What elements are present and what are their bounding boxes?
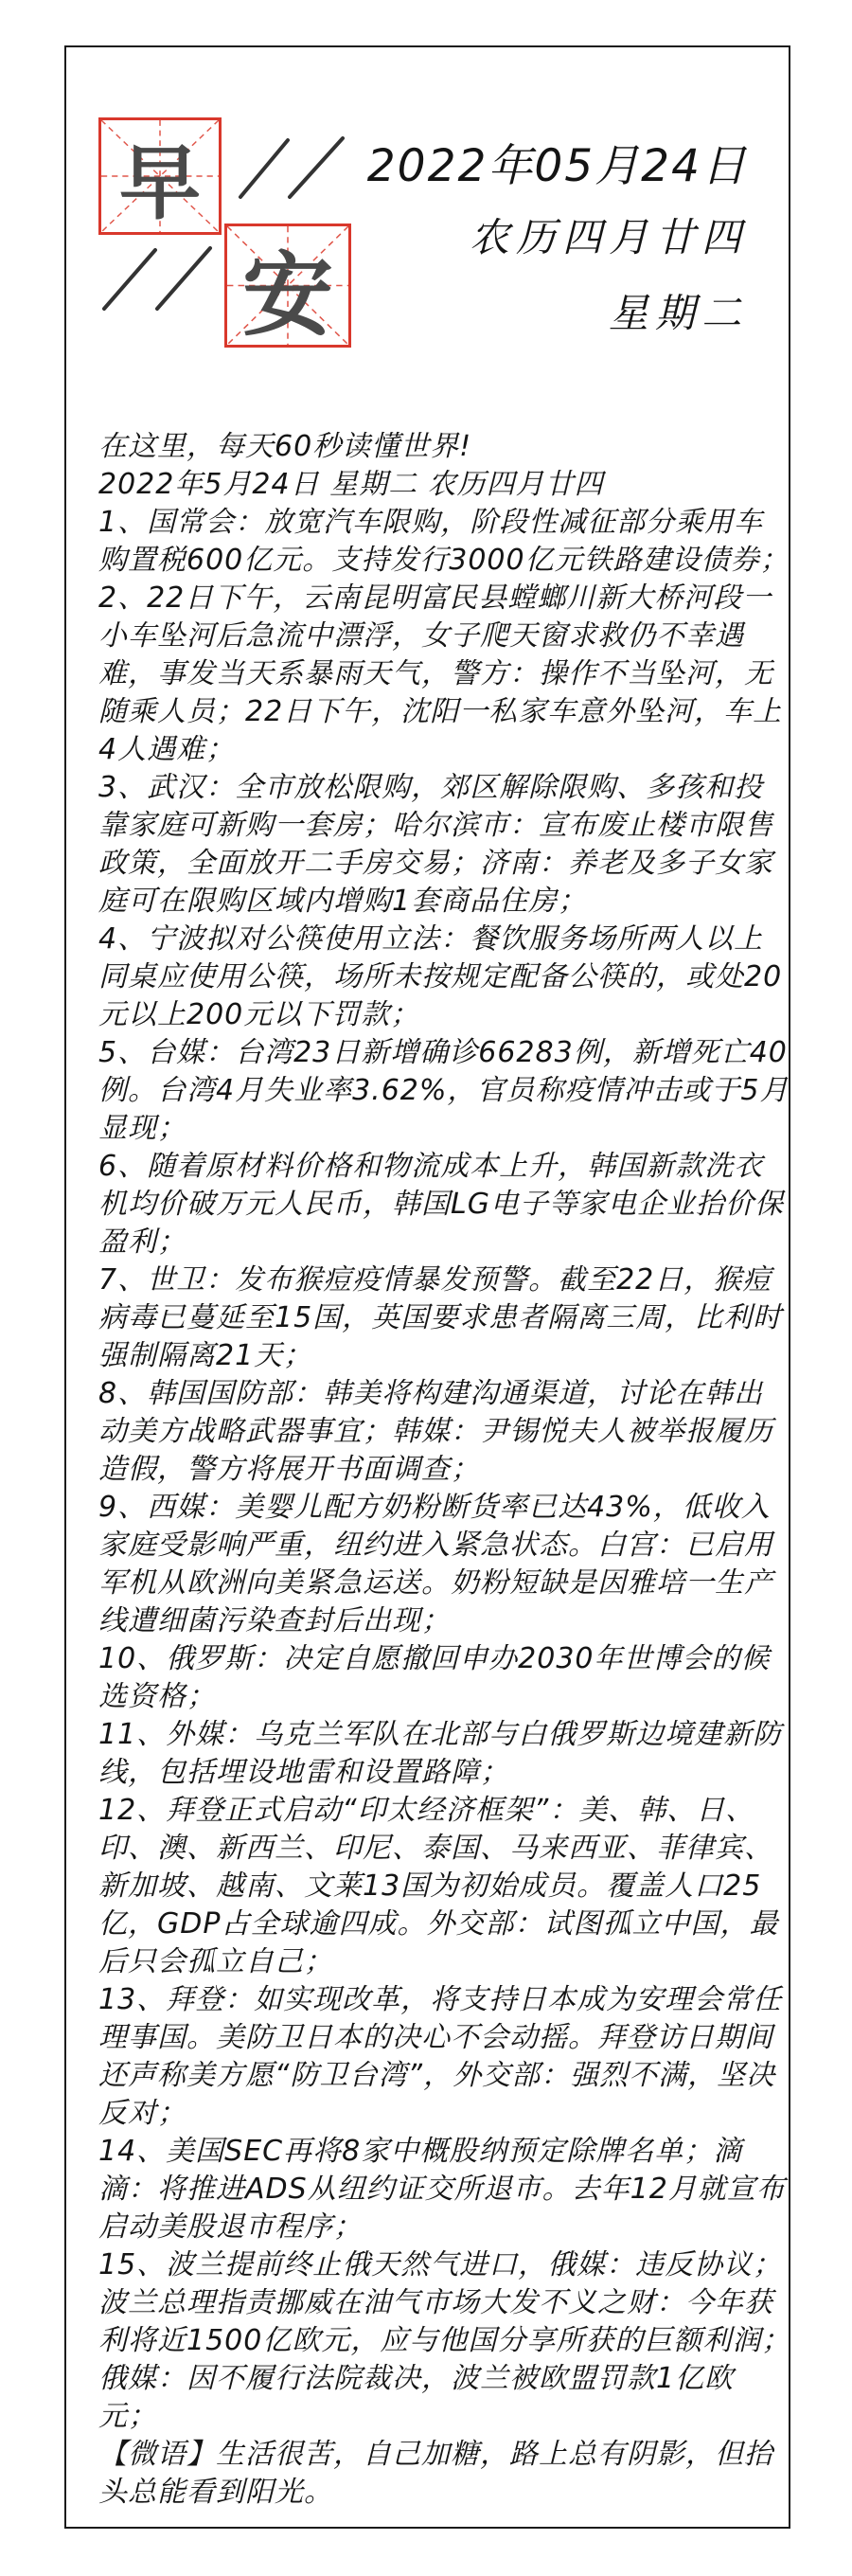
news-item: 9、西媒：美婴儿配方奶粉断货率已达43%，低收入家庭受影响严重，纽约进入紧急状态… xyxy=(98,1489,791,1640)
news-item: 13、拜登：如实现改革，将支持日本成为安理会常任理事国。美防卫日本的决心不会动摇… xyxy=(98,1981,791,2133)
news-item: 6、随着原材料价格和物流成本上升，韩国新款洗衣机均价破万元人民币，韩国LG电子等… xyxy=(98,1148,791,1261)
news-item: 5、台媒：台湾23日新增确诊66283例，新增死亡40例。台湾4月失业率3.62… xyxy=(98,1034,791,1148)
header-lunar-date: 农历四月廿四 xyxy=(470,206,748,263)
daily-quote: 【微语】生活很苦，自己加糖，路上总有阴影，但抬头总能看到阳光。 xyxy=(98,2436,791,2512)
news-item: 2、22日下午，云南昆明富民县螳螂川新大桥河段一小车坠河后急流中漂浮，女子爬天窗… xyxy=(98,580,791,769)
news-item: 14、美国SEC再将8家中概股纳预定除牌名单；滴滴：将推进ADS从纽约证交所退市… xyxy=(98,2133,791,2246)
news-item: 15、波兰提前终止俄天然气进口，俄媒：违反协议；波兰总理指责挪威在油气市场大发不… xyxy=(98,2246,791,2436)
tagline: 在这里，每天60秒读懂世界! xyxy=(98,428,791,466)
news-item: 11、外媒：乌克兰军队在北部与白俄罗斯边境建新防线，包括埋设地雷和设置路障； xyxy=(98,1716,791,1792)
news-body: 在这里，每天60秒读懂世界! 2022年5月24日 星期二 农历四月廿四 1、国… xyxy=(98,428,791,2512)
decor-slashes-bottom-icon xyxy=(98,242,216,313)
header-date: 2022年05月24日 xyxy=(367,131,748,194)
news-list: 1、国常会：放宽汽车限购，阶段性减征部分乘用车购置税600亿元。支持发行3000… xyxy=(98,504,791,2436)
brand-char-box-an: 安 xyxy=(224,224,351,348)
header-weekday: 星期二 xyxy=(609,282,748,339)
news-item: 10、俄罗斯：决定自愿撤回申办2030年世博会的候选资格； xyxy=(98,1640,791,1716)
news-item: 7、世卫：发布猴痘疫情暴发预警。截至22日，猴痘病毒已蔓延至15国，英国要求患者… xyxy=(98,1261,791,1375)
brand-char-zao: 早 xyxy=(101,120,219,232)
news-item: 1、国常会：放宽汽车限购，阶段性减征部分乘用车购置税600亿元。支持发行3000… xyxy=(98,504,791,580)
brand-char-an: 安 xyxy=(227,226,348,345)
date-summary: 2022年5月24日 星期二 农历四月廿四 xyxy=(98,466,791,504)
brand-char-box-zao: 早 xyxy=(98,117,222,235)
news-item: 12、拜登正式启动“印太经济框架”：美、韩、日、印、澳、新西兰、印尼、泰国、马来… xyxy=(98,1792,791,1981)
news-item: 3、武汉：全市放松限购，郊区解除限购、多孩和投靠家庭可新购一套房；哈尔滨市：宣布… xyxy=(98,769,791,921)
news-item: 4、宁波拟对公筷使用立法：餐饮服务场所两人以上同桌应使用公筷，场所未按规定配备公… xyxy=(98,921,791,1034)
decor-slashes-top-icon xyxy=(235,134,348,201)
news-item: 8、韩国国防部：韩美将构建沟通渠道，讨论在韩出动美方战略武器事宜；韩媒：尹锡悦夫… xyxy=(98,1375,791,1489)
morning-digest-page: 早 安 2022年05月24日 农历四月廿四 星期二 在这里，每天60秒读懂世界… xyxy=(0,0,852,2576)
